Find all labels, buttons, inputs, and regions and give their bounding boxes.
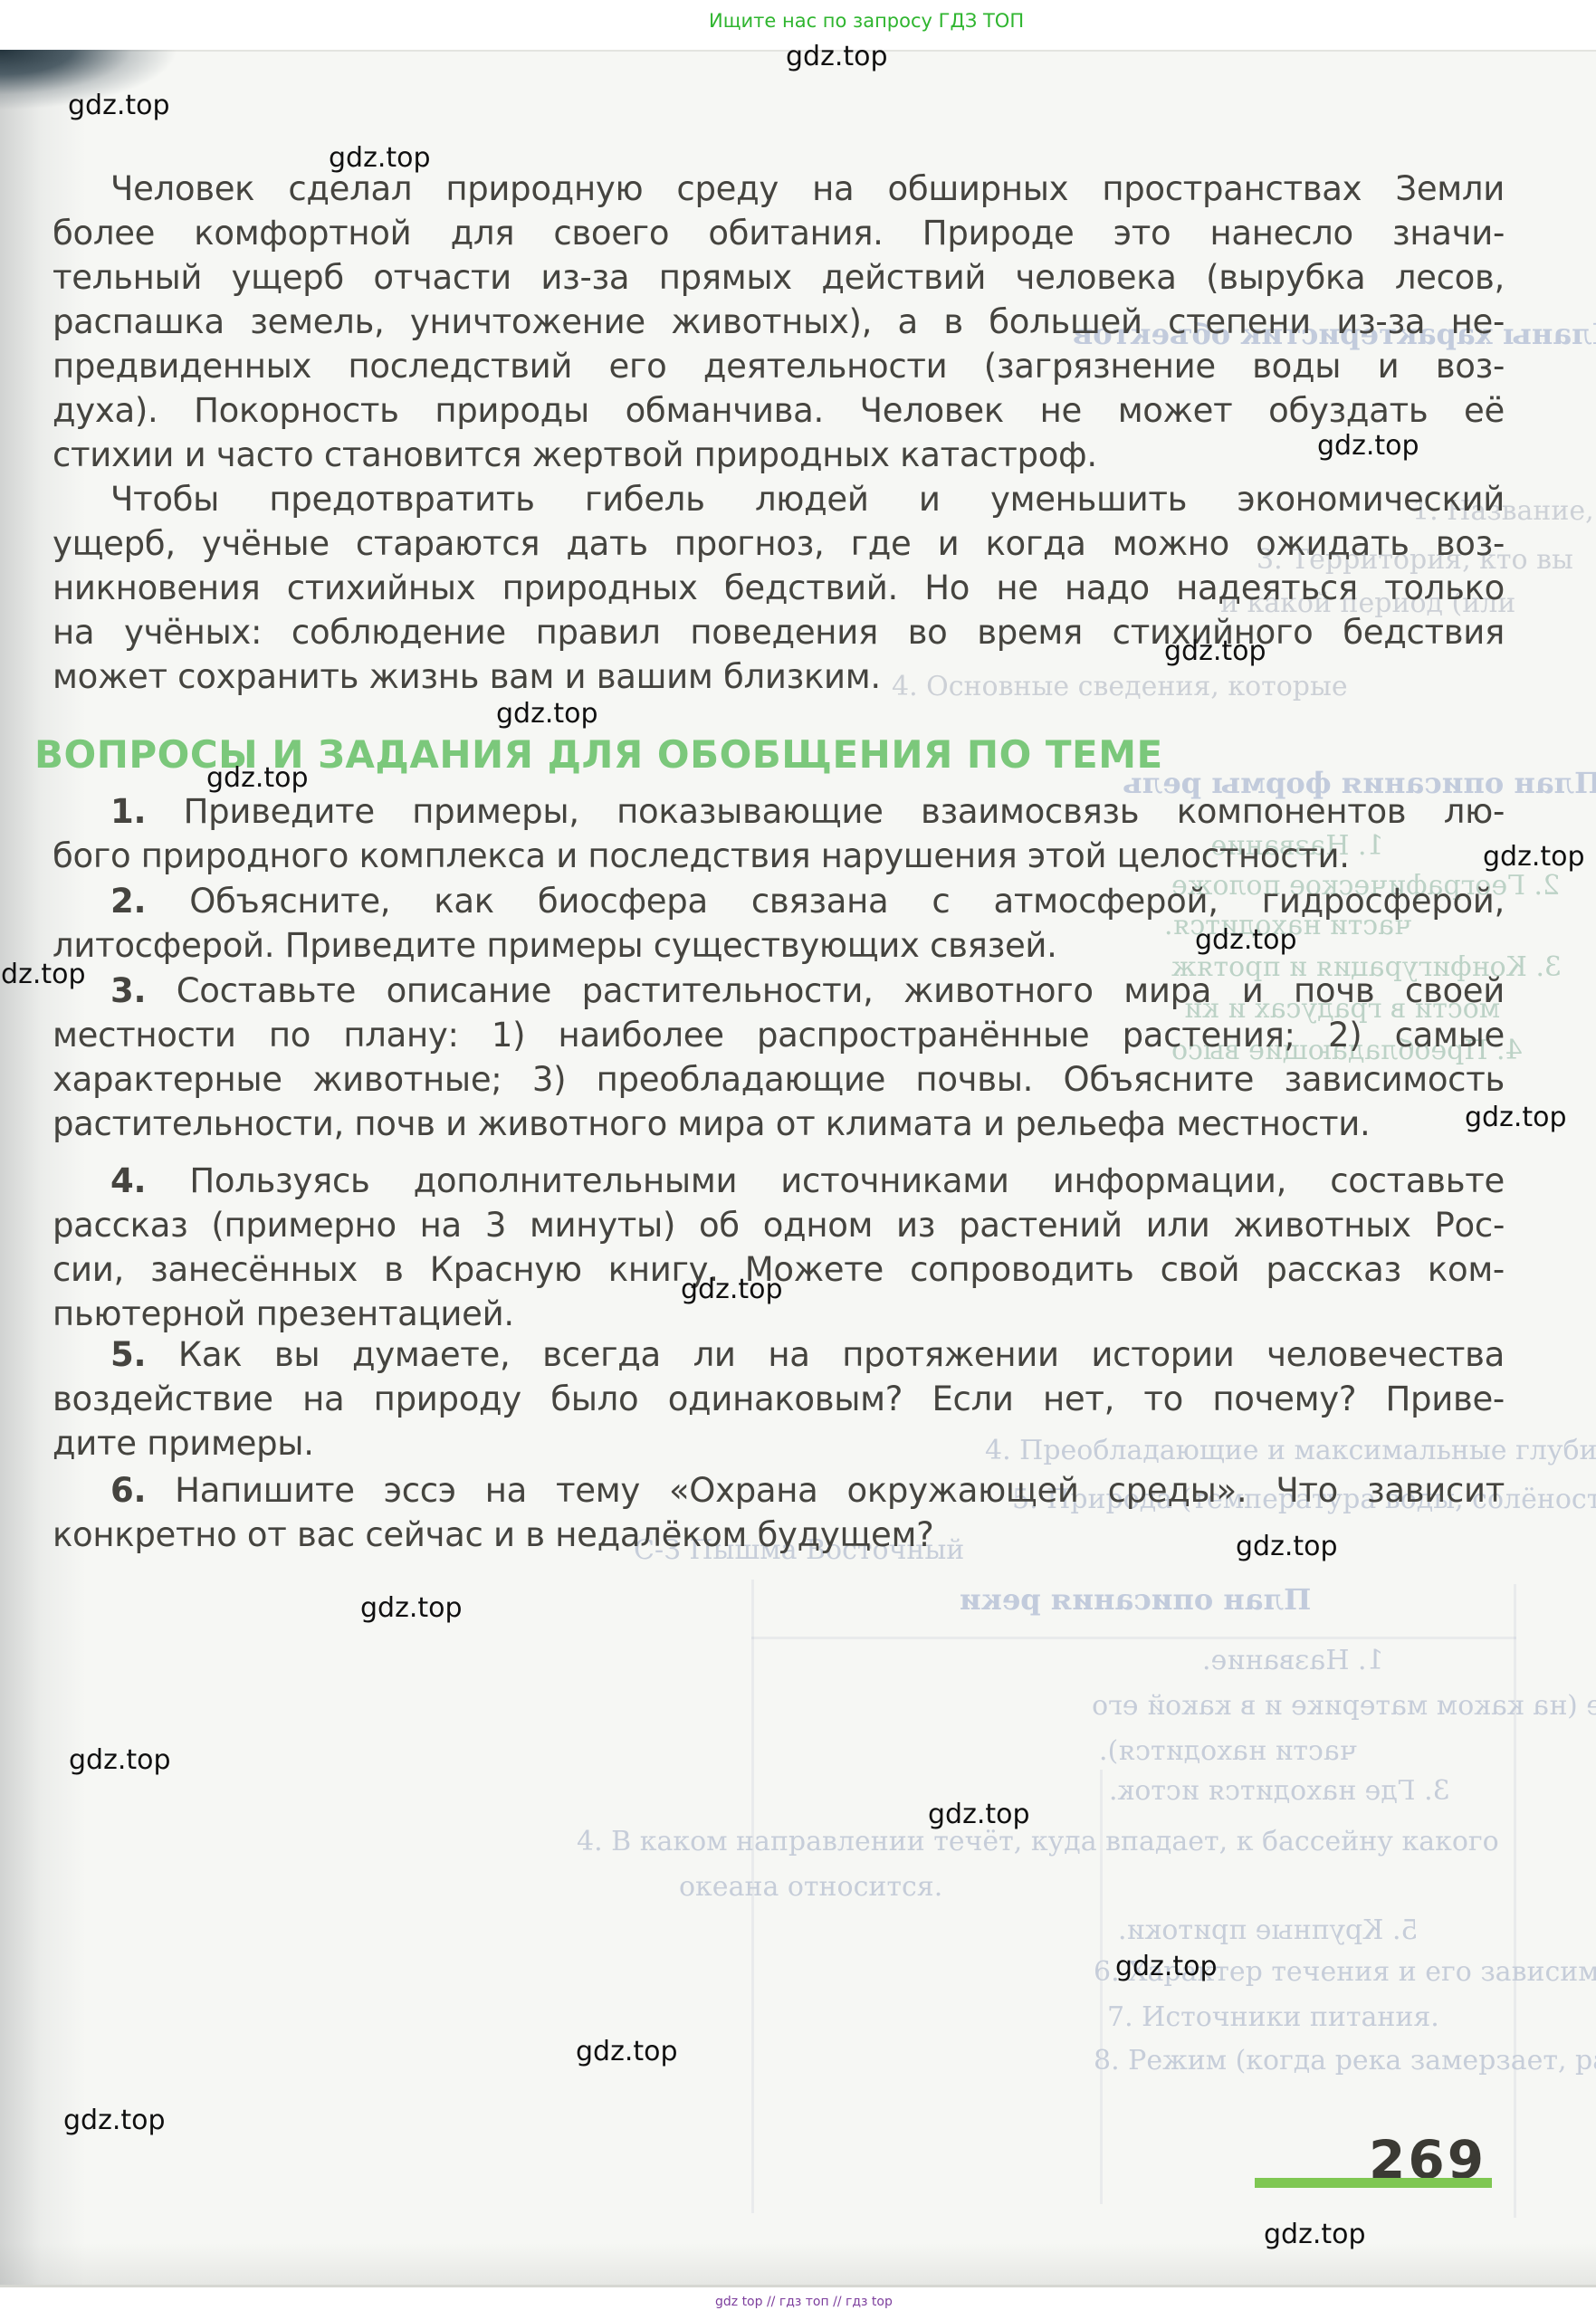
gdz-top-watermark: gdz.top — [1317, 431, 1419, 462]
question-number: 1. — [110, 792, 146, 831]
gdz-top-watermark: gdz.top — [1264, 2220, 1366, 2250]
bleed-through-text: 5. Крупные притоки. — [1118, 1915, 1419, 1946]
gdz-top-watermark: gdz.top — [1465, 1103, 1567, 1133]
bleed-table-rule-horizontal — [751, 1637, 1516, 1639]
paragraph1-line: духа). Покорность природы обманчива. Чел… — [53, 388, 1505, 433]
gdz-top-watermark: gdz.top — [1164, 636, 1266, 667]
paragraph1-line: Человек сделал природную среду на обширн… — [53, 167, 1505, 211]
question-number: 5. — [110, 1335, 146, 1374]
bleed-table-rule-vertical — [1514, 1584, 1516, 2218]
question-3-line: характерные животные; 3) преобладающие п… — [53, 1057, 1505, 1102]
bleed-through-text: части находится). — [1099, 1736, 1358, 1767]
question-number: 3. — [110, 971, 146, 1010]
gdz-top-watermark: gdz.top — [576, 2037, 678, 2067]
gdz-top-watermark: gdz.top — [0, 960, 86, 990]
bleed-through-text: океана относится. — [679, 1872, 942, 1903]
gdz-top-watermark: gdz.top — [360, 1593, 463, 1624]
paragraph1-line: стихии и часто становится жертвой природ… — [53, 433, 1505, 477]
paragraph2-line: ущерб, учёные стараются дать прогноз, гд… — [53, 521, 1505, 566]
bleed-through-text: 3. Где находится исток. — [1109, 1776, 1450, 1807]
question-4: 4. Пользуясь дополнительными источниками… — [53, 1159, 1505, 1336]
paragraph1-line: более комфортной для своего обитания. Пр… — [53, 211, 1505, 255]
paragraph2-line: может сохранить жизнь вам и вашим близки… — [53, 654, 1505, 699]
scanned-textbook-page-screenshot: Планы характеристик объектов1. Название,… — [0, 0, 1596, 2320]
question-3-line: растительности, почв и животного мира от… — [53, 1102, 1505, 1146]
paragraph1-line: распашка земель, уничтожение животных), … — [53, 300, 1505, 344]
paragraph2-line: никновения стихийных природных бедствий.… — [53, 566, 1505, 610]
question-1: 1. Приведите примеры, показывающие взаим… — [53, 789, 1505, 878]
question-5-line: 5. Как вы думаете, всегда ли на протяжен… — [53, 1332, 1505, 1377]
bleed-through-text: 1. Название. — [1202, 1646, 1384, 1676]
gdz-top-watermark: gdz.top — [63, 2105, 166, 2136]
gdz-top-watermark: gdz.top — [786, 42, 888, 72]
bleed-through-text: 4. В каком направлении течёт, куда впада… — [577, 1827, 1499, 1857]
gdz-top-watermark: gdz.top — [681, 1275, 783, 1305]
bleed-through-text: План описания реки — [960, 1584, 1311, 1615]
question-1-line: бого природного комплекса и последствия … — [53, 834, 1505, 878]
question-5: 5. Как вы думаете, всегда ли на протяжен… — [53, 1332, 1505, 1466]
gdz-top-watermark: gdz.top — [329, 143, 431, 174]
gdz-top-watermark: gdz.top — [1483, 842, 1585, 873]
gdz-top-watermark: gdz.top — [206, 763, 309, 794]
question-4-line: рассказ (примерно на 3 минуты) об одном … — [53, 1203, 1505, 1247]
paragraph2-line: на учёных: соблюдение правил поведения в… — [53, 610, 1505, 654]
gdz-top-watermark: gdz.top — [928, 1800, 1030, 1830]
paragraph2-line: Чтобы предотвратить гибель людей и умень… — [53, 477, 1505, 521]
question-5-line: дите примеры. — [53, 1421, 1505, 1466]
paragraph-environment-impact: Человек сделал природную среду на обширн… — [53, 167, 1505, 477]
question-3: 3. Составьте описание растительности, жи… — [53, 969, 1505, 1146]
footer-promo-links[interactable]: gdz top // гдз топ // гдз top — [715, 2294, 893, 2310]
gdz-top-watermark: gdz.top — [1236, 1532, 1338, 1562]
paragraph1-line: тельный ущерб отчасти из-за прямых дейст… — [53, 255, 1505, 300]
gdz-top-watermark: gdz.top — [68, 91, 170, 121]
top-promo-link[interactable]: Ищите нас по запросу ГДЗ ТОП — [709, 9, 1024, 33]
paragraph1-line: предвиденных последствий его деятельност… — [53, 344, 1505, 388]
bleed-through-text: 7. Источники питания. — [1107, 2002, 1439, 2033]
question-4-line: 4. Пользуясь дополнительными источниками… — [53, 1159, 1505, 1203]
question-1-line: 1. Приведите примеры, показывающие взаим… — [53, 789, 1505, 834]
question-6-line: 6. Напишите эссэ на тему «Охрана окружаю… — [53, 1468, 1505, 1513]
question-3-line: местности по плану: 1) наиболее распрост… — [53, 1013, 1505, 1057]
bleed-through-text: 8. Режим (когда река замерзает, разливае… — [1094, 2046, 1596, 2077]
question-number: 2. — [110, 882, 146, 921]
gdz-top-watermark: gdz.top — [69, 1745, 171, 1776]
question-number: 6. — [110, 1471, 146, 1510]
gdz-top-watermark: gdz.top — [496, 699, 598, 730]
page-number-underline — [1255, 2178, 1492, 2188]
question-3-line: 3. Составьте описание растительности, жи… — [53, 969, 1505, 1013]
paragraph-disaster-forecast: Чтобы предотвратить гибель людей и умень… — [53, 477, 1505, 699]
question-2-line: 2. Объясните, как биосфера связана с атм… — [53, 879, 1505, 923]
gdz-top-watermark: gdz.top — [1115, 1952, 1218, 1982]
question-5-line: воздействие на природу было одинаковым? … — [53, 1377, 1505, 1421]
gdz-top-watermark: gdz.top — [1195, 925, 1297, 956]
question-number: 4. — [110, 1161, 146, 1200]
bleed-through-text: 2. Географическое положение (на каком ма… — [1092, 1691, 1596, 1722]
